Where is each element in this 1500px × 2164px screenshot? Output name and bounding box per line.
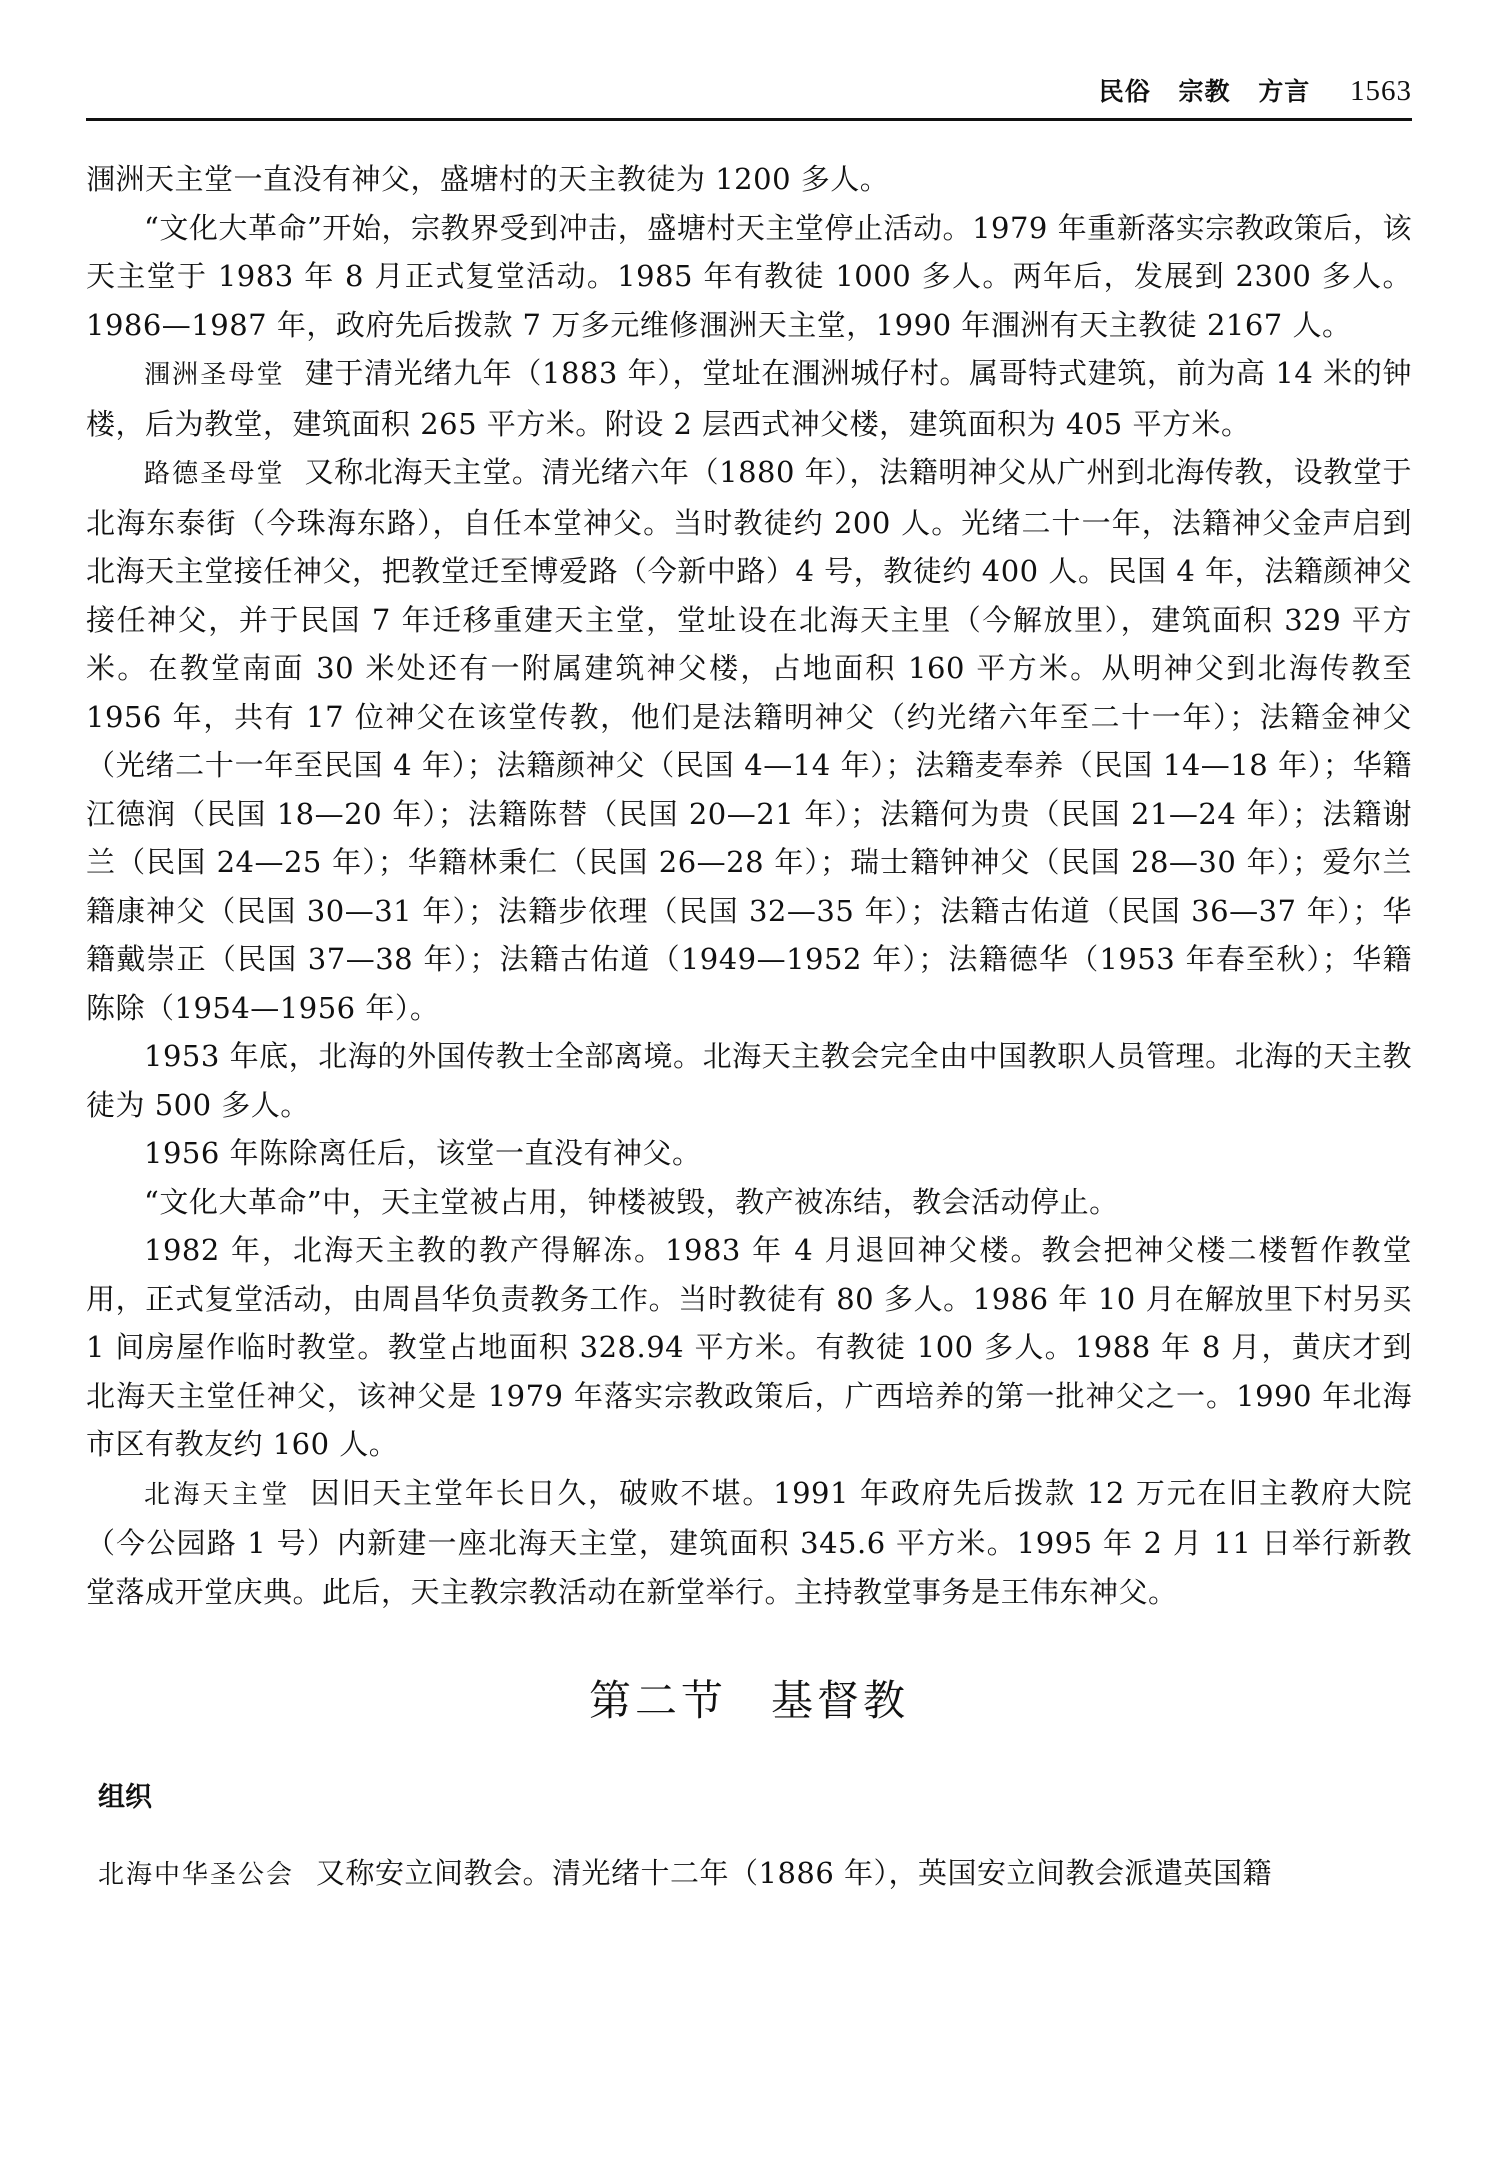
entry-lead: 路德圣母堂 xyxy=(144,459,285,489)
section-number: 第二节 xyxy=(589,1676,727,1725)
paragraph: 涠洲天主堂一直没有神父，盛塘村的天主教徒为 1200 多人。 xyxy=(86,155,1412,204)
paragraph-text: 涠洲天主堂一直没有神父，盛塘村的天主教徒为 1200 多人。 xyxy=(86,162,889,196)
entry-lead: 北海天主堂 xyxy=(144,1480,291,1510)
subsection-heading: 组织 xyxy=(98,1776,1412,1820)
paragraph: 1982 年，北海天主教的教产得解冻。1983 年 4 月退回神父楼。教会把神父… xyxy=(86,1226,1412,1469)
paragraph-lude-shengmutang: 路德圣母堂又称北海天主堂。清光绪六年（1880 年），法籍明神父从广州到北海传教… xyxy=(86,448,1412,1032)
paragraph-text: “文化大革命”开始，宗教界受到冲击，盛塘村天主堂停止活动。1979 年重新落实宗… xyxy=(86,211,1412,342)
running-head-section-3: 方言 xyxy=(1258,77,1310,106)
running-head-section-2: 宗教 xyxy=(1179,77,1231,106)
entry-lead: 北海中华圣公会 xyxy=(98,1860,294,1890)
entry-paragraph: 北海中华圣公会又称安立间教会。清光绪十二年（1886 年），英国安立间教会派遣英… xyxy=(86,1849,1412,1900)
header-rule xyxy=(86,118,1412,121)
section-title: 第二节基督教 xyxy=(86,1668,1412,1728)
paragraph-weizhou-shengmutang: 涠洲圣母堂建于清光绪九年（1883 年），堂址在涠洲城仔村。属哥特式建筑，前为高… xyxy=(86,349,1412,448)
paragraph-text: 又称北海天主堂。清光绪六年（1880 年），法籍明神父从广州到北海传教，设教堂于… xyxy=(86,455,1412,1025)
paragraph: “文化大革命”开始，宗教界受到冲击，盛塘村天主堂停止活动。1979 年重新落实宗… xyxy=(86,204,1412,350)
paragraph: 1953 年底，北海的外国传教士全部离境。北海天主教会完全由中国教职人员管理。北… xyxy=(86,1032,1412,1129)
page-body: 涠洲天主堂一直没有神父，盛塘村的天主教徒为 1200 多人。 “文化大革命”开始… xyxy=(86,155,1412,1929)
paragraph: “文化大革命”中，天主堂被占用，钟楼被毁，教产被冻结，教会活动停止。 xyxy=(86,1178,1412,1227)
paragraph-text: “文化大革命”中，天主堂被占用，钟楼被毁，教产被冻结，教会活动停止。 xyxy=(144,1185,1119,1219)
entry-text: 又称安立间教会。清光绪十二年（1886 年），英国安立间教会派遣英国籍 xyxy=(316,1856,1272,1890)
paragraph-text: 1953 年底，北海的外国传教士全部离境。北海天主教会完全由中国教职人员管理。北… xyxy=(86,1039,1412,1122)
paragraph: 1956 年陈除离任后，该堂一直没有神父。 xyxy=(86,1129,1412,1178)
paragraph-text: 1982 年，北海天主教的教产得解冻。1983 年 4 月退回神父楼。教会把神父… xyxy=(86,1233,1412,1461)
paragraph-beihai-tianzhutang: 北海天主堂因旧天主堂年长日久，破败不堪。1991 年政府先后拨款 12 万元在旧… xyxy=(86,1469,1412,1617)
running-head-section-1: 民俗 xyxy=(1099,77,1151,106)
page-number: 1563 xyxy=(1350,75,1412,107)
entry-lead: 涠洲圣母堂 xyxy=(144,360,285,390)
running-head: 民俗 宗教 方言 1563 xyxy=(1081,72,1412,108)
section-heading: 基督教 xyxy=(771,1676,909,1725)
paragraph-text: 1956 年陈除离任后，该堂一直没有神父。 xyxy=(144,1136,702,1170)
